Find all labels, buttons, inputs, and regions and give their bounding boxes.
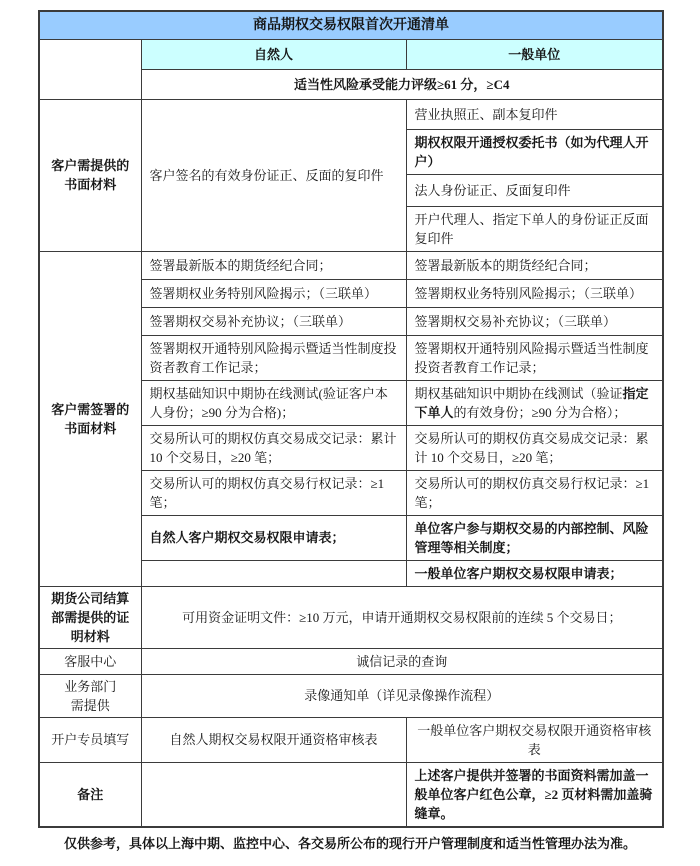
provide-unit-legal-person-id: 法人身份证正、反面复印件 xyxy=(406,174,663,206)
eligibility-requirement: 适当性风险承受能力评级≥61 分，≥C4 xyxy=(141,69,663,99)
col-header-natural-person: 自然人 xyxy=(141,39,406,69)
sign-unit-investor-education-record: 签署期权开通特别风险揭示暨适当性制度投资者教育工作记录； xyxy=(406,335,663,380)
sign-natural-exercise-record: 交易所认可的期权仿真交易行权记录：≥1 笔； xyxy=(141,470,406,515)
table-title: 商品期权交易权限首次开通清单 xyxy=(39,11,663,39)
sign-natural-supplementary-agreement: 签署期权交易补充协议；（三联单） xyxy=(141,307,406,335)
sign-natural-investor-education-record: 签署期权开通特别风险揭示暨适当性制度投资者教育工作记录； xyxy=(141,335,406,380)
sign-unit-exercise-record: 交易所认可的期权仿真交易行权记录：≥1 笔； xyxy=(406,470,663,515)
section-label-account-specialist: 开户专员填写 xyxy=(39,717,141,762)
section-label-sign-materials: 客户需签署的 书面材料 xyxy=(39,251,141,586)
remark-natural-empty-cell xyxy=(141,762,406,827)
remark-unit-seal-requirement: 上述客户提供并签署的书面资料需加盖一般单位客户红色公章，≥2 页材料需加盖骑缝章… xyxy=(406,762,663,827)
section-label-settlement-department: 期货公司结算 部需提供的证 明材料 xyxy=(39,586,141,648)
sign-unit-knowledge-test: 期权基础知识中期协在线测试（验证指定下单人的有效身份；≥90 分为合格）； xyxy=(406,380,663,425)
disclaimer-footnote: 仅供参考，具体以上海中期、监控中心、各交易所公布的现行开户管理制度和适当性管理办… xyxy=(0,836,700,852)
knowledge-test-suffix: 的有效身份；≥90 分为合格）； xyxy=(454,405,627,420)
provide-unit-authorization-letter: 期权权限开通授权委托书（如为代理人开户） xyxy=(406,129,663,174)
integrity-record-check: 诚信记录的查询 xyxy=(141,648,663,674)
sign-unit-simulated-trade-record: 交易所认可的期权仿真交易成交记录：累计 10 个交易日，≥20 笔； xyxy=(406,425,663,470)
sign-natural-risk-disclosure: 签署期权业务特别风险揭示；（三联单） xyxy=(141,279,406,307)
video-notice: 录像通知单（详见录像操作流程） xyxy=(141,674,663,717)
col-header-general-unit: 一般单位 xyxy=(406,39,663,69)
sign-unit-application-form: 一般单位客户期权交易权限申请表； xyxy=(406,560,663,586)
sign-natural-empty-cell xyxy=(141,560,406,586)
section-label-customer-service: 客服中心 xyxy=(39,648,141,674)
section-label-remarks: 备注 xyxy=(39,762,141,827)
provide-unit-business-license: 营业执照正、副本复印件 xyxy=(406,99,663,129)
knowledge-test-prefix: 期权基础知识中期协在线测试（验证 xyxy=(415,386,623,401)
sign-natural-simulated-trade-record: 交易所认可的期权仿真交易成交记录：累计 10 个交易日，≥20 笔； xyxy=(141,425,406,470)
sign-natural-knowledge-test: 期权基础知识中期协在线测试(验证客户本人身份；≥90 分为合格)； xyxy=(141,380,406,425)
sign-unit-risk-disclosure: 签署期权业务特别风险揭示；（三联单） xyxy=(406,279,663,307)
account-natural-review-form: 自然人期权交易权限开通资格审核表 xyxy=(141,717,406,762)
section-label-provide-materials: 客户需提供的 书面材料 xyxy=(39,99,141,251)
account-unit-review-form: 一般单位客户期权交易权限开通资格审核表 xyxy=(406,717,663,762)
section-label-business-department: 业务部门 需提供 xyxy=(39,674,141,717)
options-opening-checklist-table: 商品期权交易权限首次开通清单 自然人 一般单位 适当性风险承受能力评级≥61 分… xyxy=(38,10,664,828)
sign-unit-brokerage-contract: 签署最新版本的期货经纪合同； xyxy=(406,251,663,279)
sign-natural-application-form: 自然人客户期权交易权限申请表； xyxy=(141,515,406,560)
sign-unit-supplementary-agreement: 签署期权交易补充协议；（三联单） xyxy=(406,307,663,335)
sign-unit-internal-control-system: 单位客户参与期权交易的内部控制、风险管理等相关制度； xyxy=(406,515,663,560)
corner-empty-cell xyxy=(39,39,141,99)
provide-unit-agent-id: 开户代理人、指定下单人的身份证正反面复印件 xyxy=(406,206,663,251)
document-page: 商品期权交易权限首次开通清单 自然人 一般单位 适当性风险承受能力评级≥61 分… xyxy=(0,0,700,866)
sign-natural-brokerage-contract: 签署最新版本的期货经纪合同； xyxy=(141,251,406,279)
settlement-funds-proof: 可用资金证明文件：≥10 万元，申请开通期权交易权限前的连续 5 个交易日； xyxy=(141,586,663,648)
provide-natural-id-copy: 客户签名的有效身份证正、反面的复印件 xyxy=(141,99,406,251)
